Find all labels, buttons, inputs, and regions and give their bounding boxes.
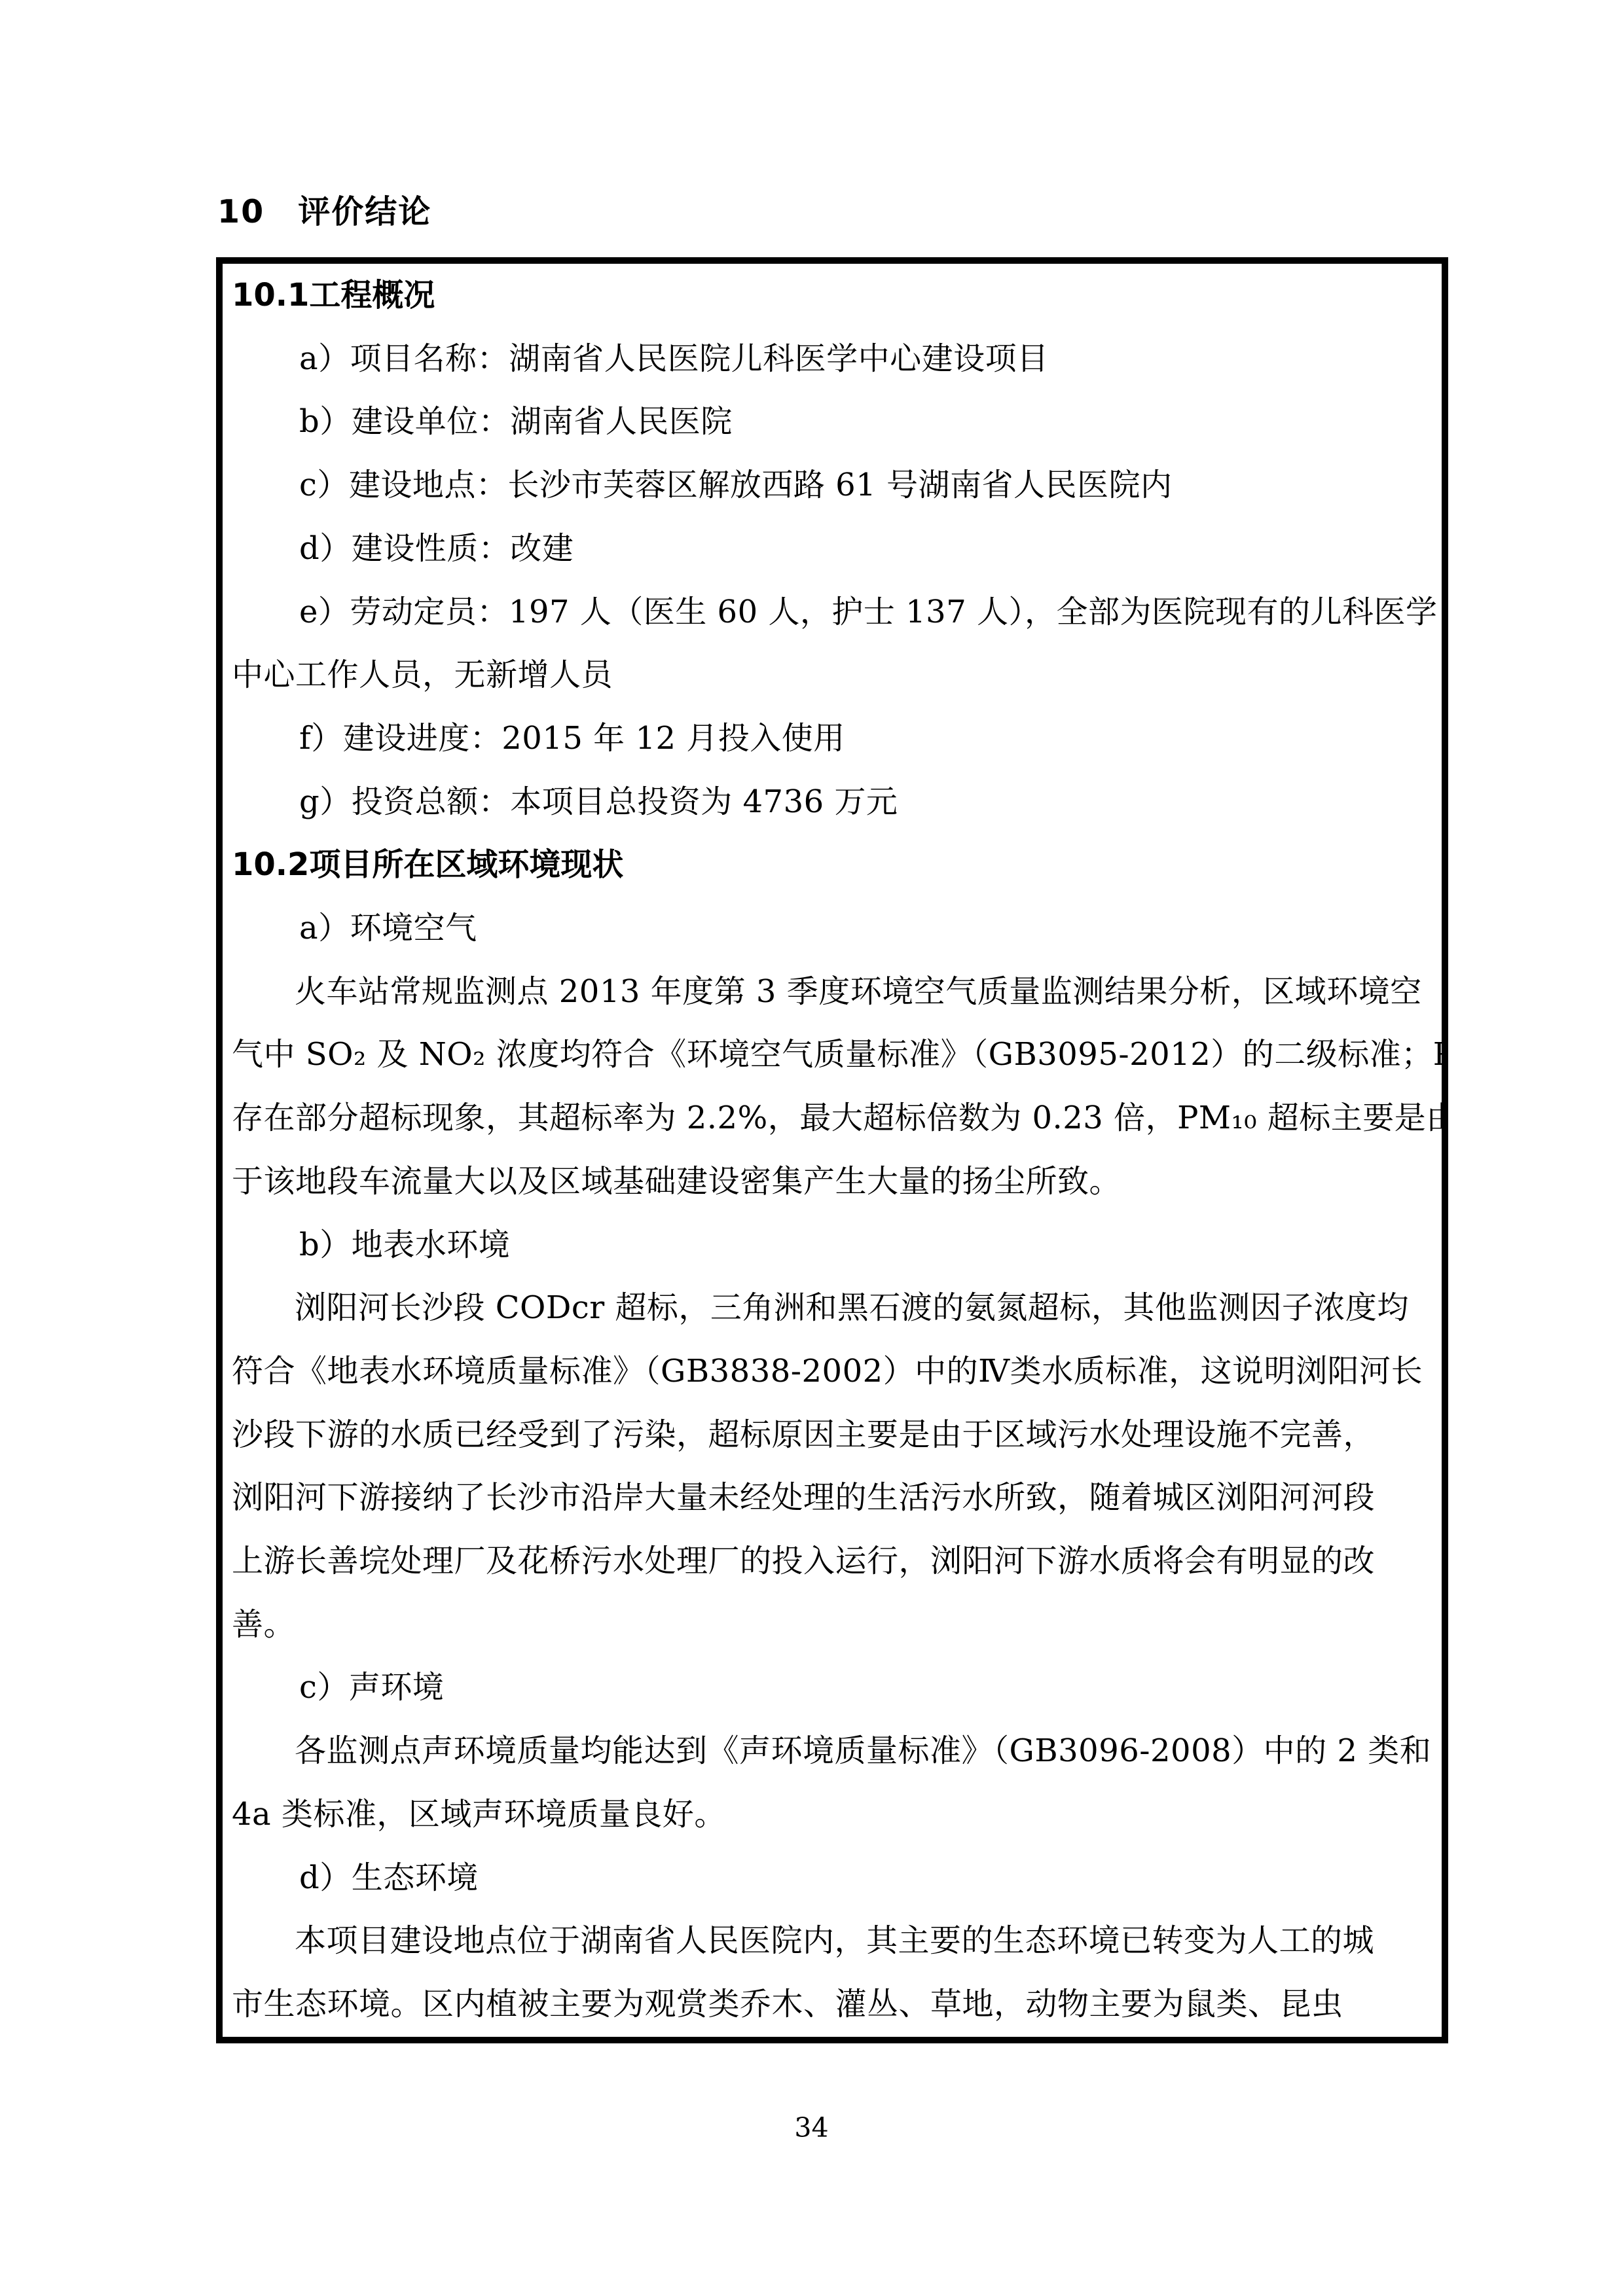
section-heading-10-1: 10.1工程概况 (232, 264, 1431, 327)
text-line: 气中 SO₂ 及 NO₂ 浓度均符合《环境空气质量标准》（GB3095-2012… (232, 1023, 1431, 1086)
content-box: 10.1工程概况 a）项目名称：湖南省人民医院儿科医学中心建设项目 b）建设单位… (216, 257, 1448, 2043)
text-line: 本项目建设地点位于湖南省人民医院内，其主要的生态环境已转变为人工的城 (232, 1909, 1431, 1973)
text-line: d）生态环境 (232, 1846, 1431, 1910)
text-line: 火车站常规监测点 2013 年度第 3 季度环境空气质量监测结果分析，区域环境空 (232, 960, 1431, 1024)
text-line: 于该地段车流量大以及区域基础建设密集产生大量的扬尘所致。 (232, 1150, 1431, 1213)
text-line: 善。 (232, 1593, 1431, 1657)
text-line: f）建设进度：2015 年 12 月投入使用 (232, 707, 1431, 770)
text-line: 上游长善垸处理厂及花桥污水处理厂的投入运行，浏阳河下游水质将会有明显的改 (232, 1530, 1431, 1593)
text-line: 沙段下游的水质已经受到了污染，超标原因主要是由于区域污水处理设施不完善， (232, 1403, 1431, 1467)
text-line: 浏阳河长沙段 CODcr 超标，三角洲和黑石渡的氨氮超标，其他监测因子浓度均 (232, 1276, 1431, 1340)
text-line: b）地表水环境 (232, 1213, 1431, 1277)
text-line: g）投资总额：本项目总投资为 4736 万元 (232, 770, 1431, 834)
text-line: c）声环境 (232, 1656, 1431, 1719)
text-line: 市生态环境。区内植被主要为观赏类乔木、灌丛、草地，动物主要为鼠类、昆虫 (232, 1973, 1431, 2036)
text-line: 符合《地表水环境质量标准》（GB3838-2002）中的Ⅳ类水质标准，这说明浏阳… (232, 1340, 1431, 1403)
text-line: a）项目名称：湖南省人民医院儿科医学中心建设项目 (232, 327, 1431, 391)
text-line: b）建设单位：湖南省人民医院 (232, 390, 1431, 454)
text-line: 存在部分超标现象，其超标率为 2.2%，最大超标倍数为 0.23 倍，PM₁₀ … (232, 1086, 1431, 1150)
page-title: 10 评价结论 (217, 195, 431, 229)
page-number: 34 (0, 2111, 1623, 2144)
document-page: 10 评价结论 10.1工程概况 a）项目名称：湖南省人民医院儿科医学中心建设项… (0, 0, 1623, 2296)
text-line: 浏阳河下游接纳了长沙市沿岸大量未经处理的生活污水所致，随着城区浏阳河河段 (232, 1466, 1431, 1530)
text-line: a）环境空气 (232, 897, 1431, 960)
text-line: 4a 类标准，区域声环境质量良好。 (232, 1783, 1431, 1846)
text-line: 各监测点声环境质量均能达到《声环境质量标准》（GB3096-2008）中的 2 … (232, 1719, 1431, 1783)
text-line: c）建设地点：长沙市芙蓉区解放西路 61 号湖南省人民医院内 (232, 454, 1431, 517)
text-line: d）建设性质：改建 (232, 517, 1431, 581)
text-line: e）劳动定员：197 人（医生 60 人，护士 137 人），全部为医院现有的儿… (232, 581, 1431, 644)
section-heading-10-2: 10.2项目所在区域环境现状 (232, 833, 1431, 897)
text-line: 中心工作人员，无新增人员 (232, 643, 1431, 707)
